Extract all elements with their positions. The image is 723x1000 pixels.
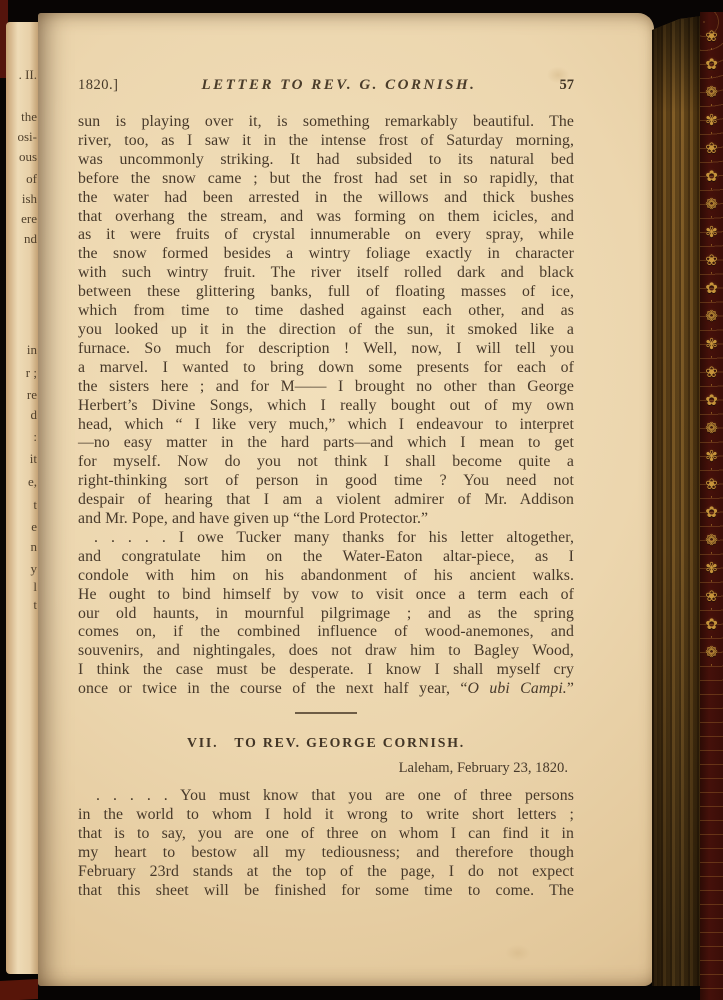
text-line: was uncommonly striking. It had subsided… <box>78 151 574 170</box>
ornament-dot-icon: · <box>710 466 713 474</box>
facing-page-text-fragment: osi- <box>18 130 38 144</box>
ornament-dot-icon: · <box>710 410 713 418</box>
ornament-dot-icon: · <box>710 102 713 110</box>
facing-page-text-fragment: e <box>31 520 37 534</box>
floral-ornament-icon: ✾ <box>705 334 718 354</box>
text-line: I think the case must be desperate. I kn… <box>78 661 574 680</box>
text-line: head, which “ I like very much,” which I… <box>78 416 574 435</box>
facing-page-text-fragment: ere <box>21 212 37 226</box>
text-line: . . . . . I owe Tucker many thanks for h… <box>78 529 574 548</box>
floral-ornament-icon: ❁ <box>705 530 718 550</box>
text-segment: once or twice in the course of the next … <box>78 680 468 697</box>
facing-page-text-fragment: it <box>30 452 37 466</box>
binding-edge-bottom-left <box>0 979 38 1000</box>
facing-page-text-fragment: t <box>33 598 37 612</box>
facing-page-text-fragment: in <box>27 343 37 357</box>
ornament-dot-icon: · <box>710 158 713 166</box>
facing-page-text-fragment: : <box>33 430 37 444</box>
facing-page-text-fragment: n <box>31 540 38 554</box>
facing-page-text-fragment: nd <box>24 232 37 246</box>
facing-page-text-fragment: r ; <box>26 366 37 380</box>
text-line: and congratulate him on the Water-Eaton … <box>78 548 574 567</box>
ornament-dot-icon: · <box>710 214 713 222</box>
text-line: for myself. Now do you not think I shall… <box>78 453 574 472</box>
ornament-dot-icon: · <box>710 494 713 502</box>
header-title: LETTER TO REV. G. CORNISH. <box>202 77 477 94</box>
facing-page-text-fragment: y <box>31 562 38 576</box>
floral-ornament-icon: ✾ <box>705 110 718 130</box>
facing-page-text-fragment: e, <box>28 475 37 489</box>
section-divider-rule <box>295 712 357 714</box>
letter-body: sun is playing over it, is something rem… <box>78 113 574 699</box>
ornament-dot-icon: · <box>710 550 713 558</box>
text-line: before the snow came ; but the frost had… <box>78 170 574 189</box>
ornament-dot-icon: · <box>710 74 713 82</box>
gilt-page-edges <box>652 16 702 986</box>
text-line: condole with him on his abandonment of h… <box>78 567 574 586</box>
floral-ornament-icon: ❁ <box>705 418 718 438</box>
section-number: VII. <box>187 735 218 750</box>
text-line: river, too, as I saw it in the intense f… <box>78 132 574 151</box>
text-line: the water had been arrested in the willo… <box>78 189 574 208</box>
latin-phrase: O ubi Campi. <box>468 680 567 697</box>
floral-ornament-icon: ✿ <box>705 54 718 74</box>
section-heading: VII.TO REV. GEORGE CORNISH. <box>78 735 574 751</box>
ornament-dot-icon: · <box>710 578 713 586</box>
facing-page-text-fragment: l <box>33 580 37 594</box>
text-line: in the world to whom I hold it wrong to … <box>78 806 574 825</box>
text-segment: ” <box>567 680 574 697</box>
ornament-dot-icon: · <box>710 242 713 250</box>
ornament-dot-icon: · <box>710 186 713 194</box>
page-number: 57 <box>559 77 574 94</box>
floral-ornament-icon: ❁ <box>705 306 718 326</box>
text-line: that is to say, you are one of three on … <box>78 825 574 844</box>
floral-ornament-icon: ❀ <box>705 362 718 382</box>
ornament-dot-icon: · <box>710 662 713 670</box>
body-paragraph: sun is playing over it, is something rem… <box>78 113 574 529</box>
text-line: despair of hearing that I am a violent a… <box>78 491 574 510</box>
floral-ornament-icon: ❀ <box>705 250 718 270</box>
text-line: He ought to bind himself by vow to visit… <box>78 586 574 605</box>
text-block: sun is playing over it, is something rem… <box>78 113 574 901</box>
running-header: 1820.] LETTER TO REV. G. CORNISH. 57 <box>78 77 574 94</box>
text-line: once or twice in the course of the next … <box>78 680 574 699</box>
floral-ornament-icon: ✿ <box>705 390 718 410</box>
ornament-dot-icon: · <box>710 298 713 306</box>
text-line: a marvel. I wanted to bring down some pr… <box>78 359 574 378</box>
text-line: with such wintry fruit. The river itself… <box>78 264 574 283</box>
ornament-dot-icon: · <box>710 130 713 138</box>
ornament-dot-icon: · <box>710 382 713 390</box>
section-body: . . . . . You must know that you are one… <box>78 787 574 900</box>
text-line: sun is playing over it, is something rem… <box>78 113 574 132</box>
book-photograph: . II.theosi-ousofisherendinr ;red:ite,te… <box>0 0 723 1000</box>
facing-page-sliver: . II.theosi-ousofisherendinr ;red:ite,te… <box>6 22 40 974</box>
floral-ornament-icon: ✾ <box>705 222 718 242</box>
floral-ornament-icon: ✾ <box>705 446 718 466</box>
floral-ornament-icon: ❀ <box>705 586 718 606</box>
facing-page-text-fragment: re <box>27 388 37 402</box>
text-line: comes on, if the combined influence of w… <box>78 623 574 642</box>
facing-page-text-fragment: d <box>31 408 38 422</box>
text-line: the snow formed besides a wintry foliage… <box>78 245 574 264</box>
ornament-dot-icon: · <box>710 326 713 334</box>
floral-ornament-icon: ❁ <box>705 194 718 214</box>
floral-ornament-icon: ❀ <box>705 474 718 494</box>
text-line: February 23rd stands at the top of the p… <box>78 863 574 882</box>
text-line: and Mr. Pope, and have given up “the Lor… <box>78 510 574 529</box>
book-page: 1820.] LETTER TO REV. G. CORNISH. 57 sun… <box>38 13 654 986</box>
text-line: Herbert’s Divine Songs, which I really b… <box>78 397 574 416</box>
floral-ornament-icon: ✿ <box>705 502 718 522</box>
ornament-dot-icon: · <box>710 270 713 278</box>
ornament-dot-icon: · <box>710 438 713 446</box>
floral-ornament-icon: ❀ <box>705 138 718 158</box>
ornament-dot-icon: · <box>710 46 713 54</box>
text-line: between these glittering banks, full of … <box>78 283 574 302</box>
text-line: —no easy matter in the hard parts—and wh… <box>78 434 574 453</box>
text-line: right-thinking sort of person in good ti… <box>78 472 574 491</box>
text-line: that overhang the stream, and was formin… <box>78 208 574 227</box>
text-line: the sisters here ; and for M—— I brought… <box>78 378 574 397</box>
text-line: you looked up it in the direction of the… <box>78 321 574 340</box>
text-line: my heart to bestow all my tediousness; a… <box>78 844 574 863</box>
ornament-dot-icon: · <box>710 606 713 614</box>
text-line: which from time to time dashed against e… <box>78 302 574 321</box>
body-paragraph: . . . . . I owe Tucker many thanks for h… <box>78 529 574 699</box>
floral-ornament-icon: ❀ <box>705 26 718 46</box>
floral-ornament-icon: ❁ <box>705 642 718 662</box>
section-title: TO REV. GEORGE CORNISH. <box>234 735 465 750</box>
text-line: . . . . . You must know that you are one… <box>78 787 574 806</box>
text-line: that this sheet will be finished for som… <box>78 882 574 901</box>
gold-tooled-binding: ❀·✿·❁·✾·❀·✿·❁·✾·❀·✿·❁·✾·❀·✿·❁·✾·❀·✿·❁·✾·… <box>700 12 723 1000</box>
facing-page-text-fragment: the <box>21 110 37 124</box>
body-paragraph: . . . . . You must know that you are one… <box>78 787 574 900</box>
text-line: as it were fruits of crystal innumerable… <box>78 226 574 245</box>
floral-ornament-icon: ✿ <box>705 278 718 298</box>
floral-ornament-icon: ❁ <box>705 82 718 102</box>
text-line: furnace. So much for description ! Well,… <box>78 340 574 359</box>
ornament-dot-icon: · <box>710 634 713 642</box>
facing-page-text-fragment: . II. <box>19 68 37 82</box>
facing-page-text-fragment: t <box>33 498 37 512</box>
ornament-dot-icon: · <box>710 354 713 362</box>
text-line: our old haunts, in mournful pilgrimage ;… <box>78 605 574 624</box>
facing-page-text-fragment: ous <box>19 150 37 164</box>
facing-page-text-fragment: ish <box>22 192 37 206</box>
text-line: souvenirs, and nightingales, does not dr… <box>78 642 574 661</box>
header-year: 1820.] <box>78 77 118 94</box>
floral-ornament-icon: ✿ <box>705 166 718 186</box>
floral-ornament-icon: ✾ <box>705 558 718 578</box>
facing-page-text-fragment: of <box>26 172 37 186</box>
floral-ornament-icon: ✿ <box>705 614 718 634</box>
letter-dateline: Laleham, February 23, 1820. <box>78 760 574 777</box>
ornament-dot-icon: · <box>710 522 713 530</box>
